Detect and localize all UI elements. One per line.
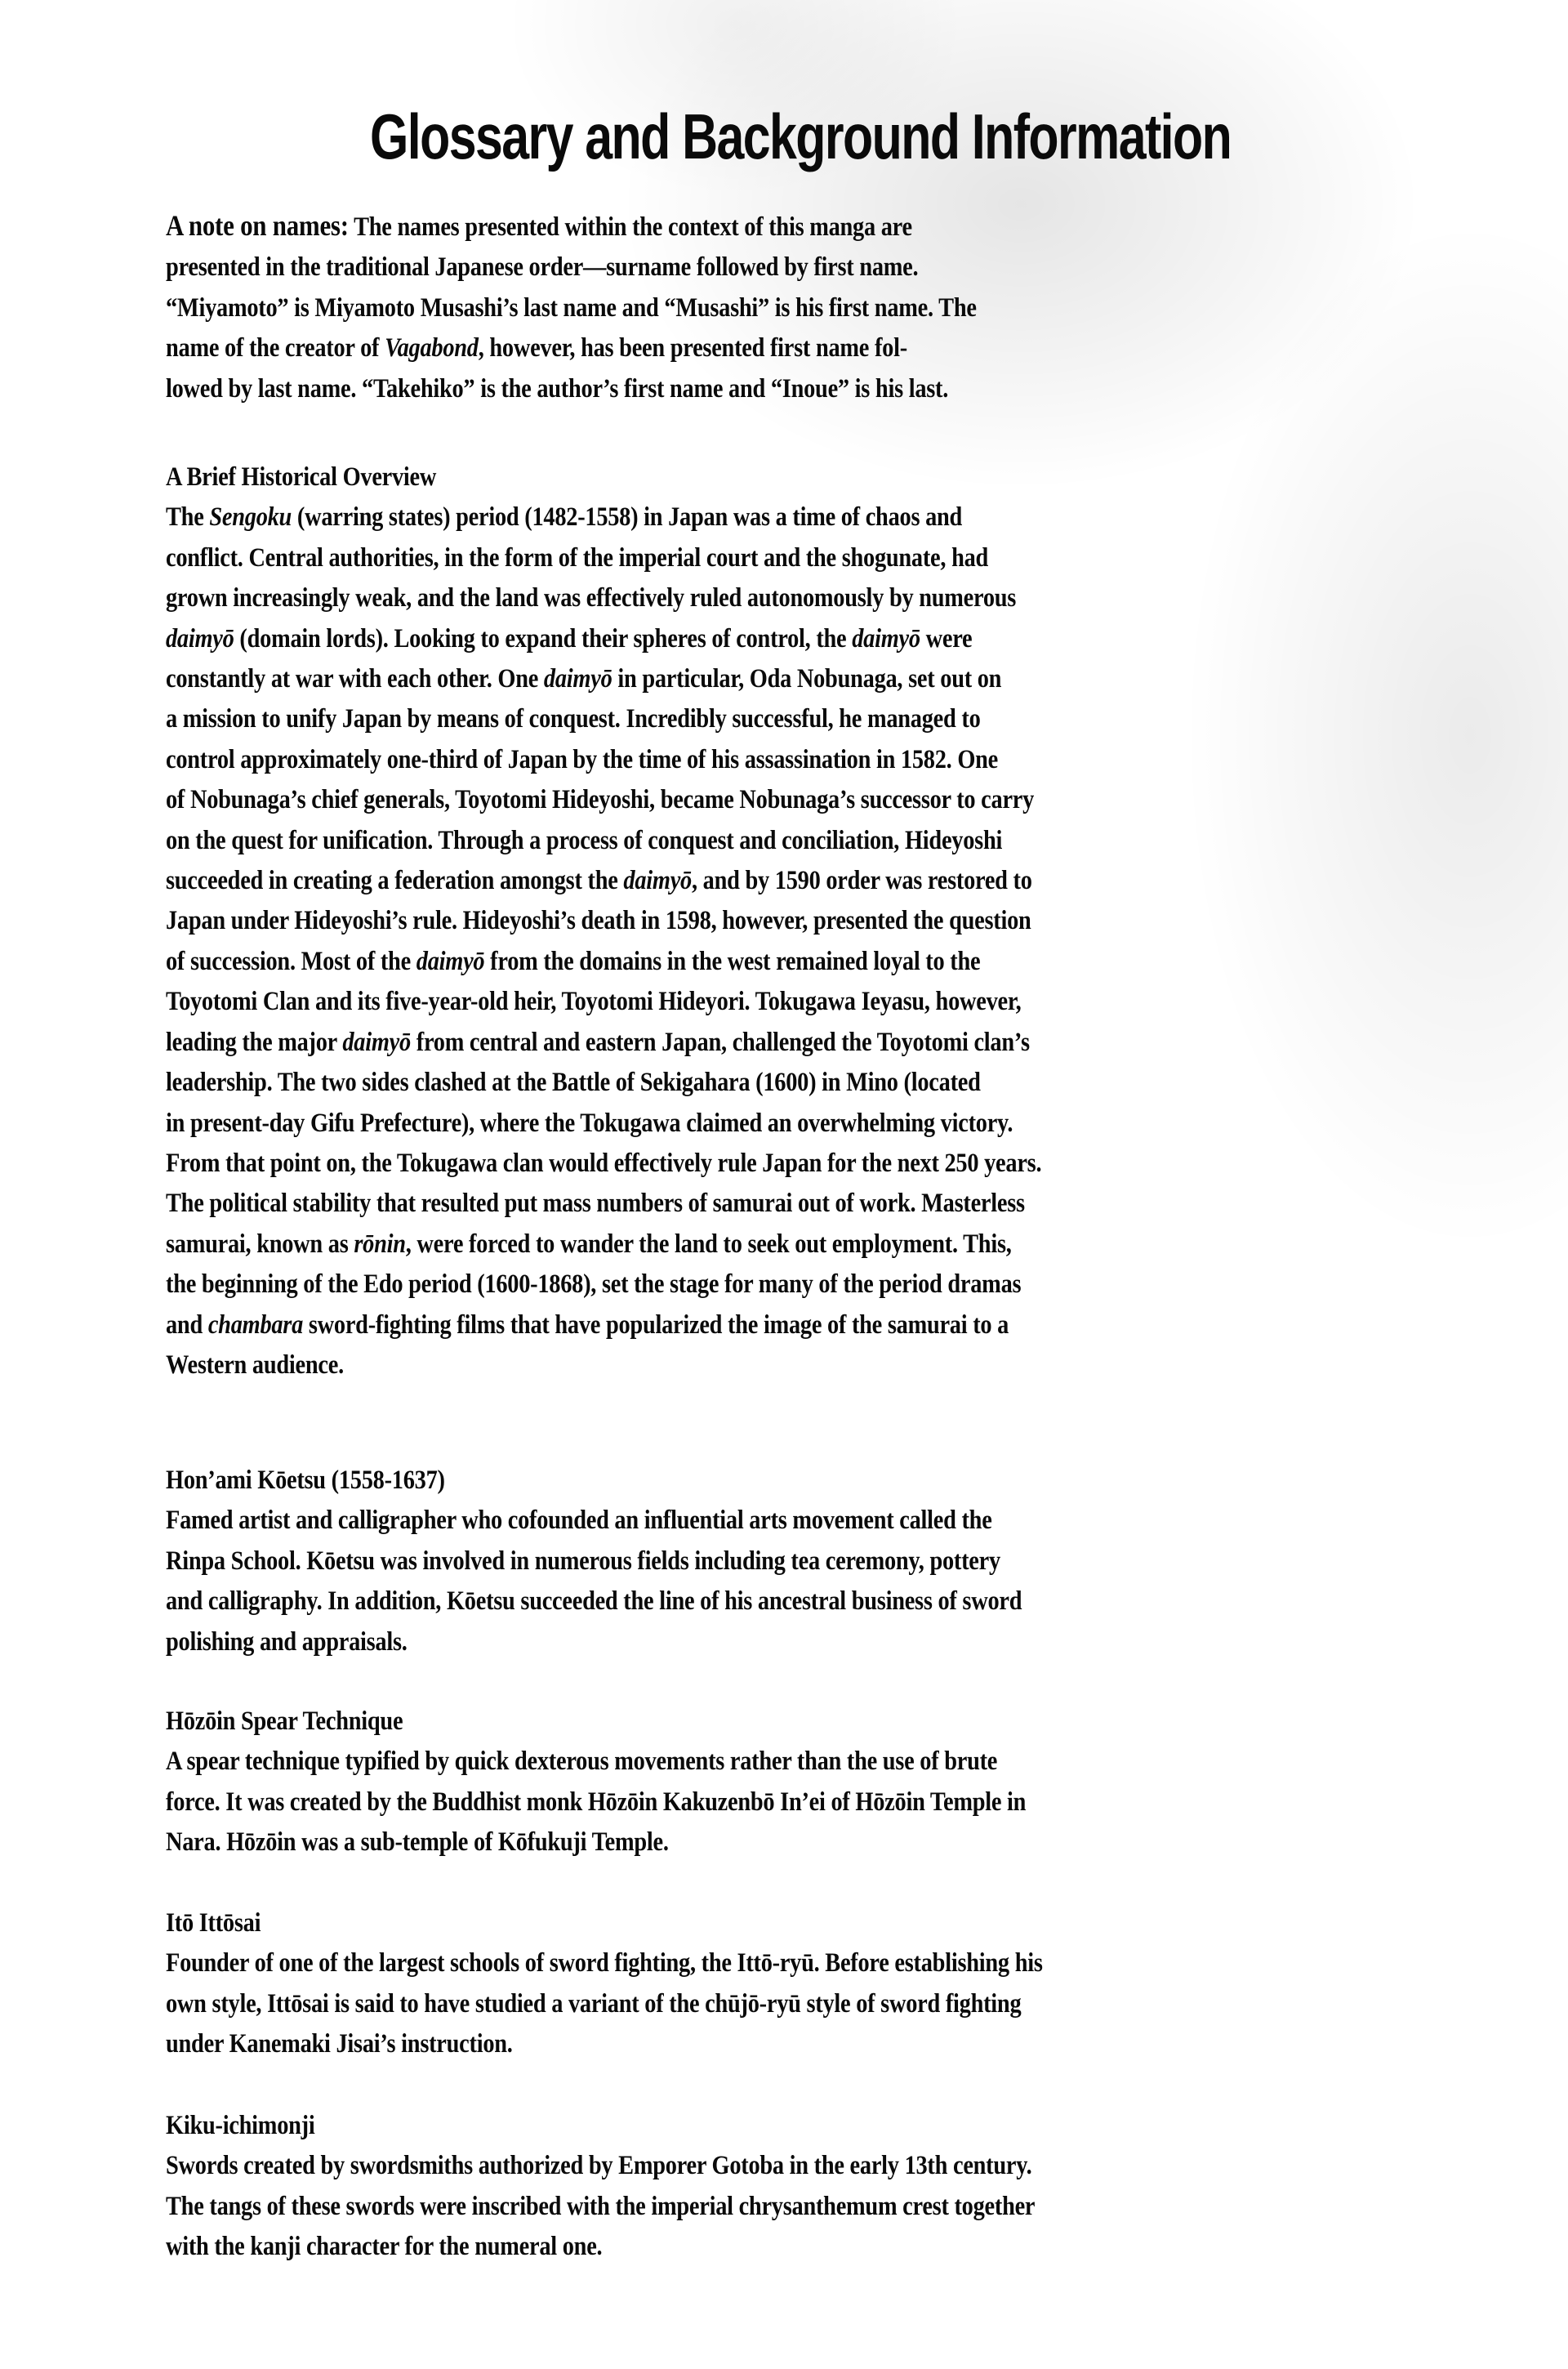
glossary-entry-hozoin: Hōzōin Spear Technique A spear technique…: [166, 1702, 1290, 1863]
page-title: Glossary and Background Information: [370, 105, 1071, 168]
overview-line: constantly at war with each other. One d…: [166, 659, 1290, 699]
overview-line: grown increasingly weak, and the land wa…: [166, 578, 1290, 618]
glossary-entry-koetsu: Hon’ami Kōetsu (1558-1637) Famed artist …: [166, 1461, 1290, 1662]
entry-line: Founder of one of the largest schools of…: [166, 1943, 1290, 1983]
note-line-1: A note on names: The names presented wit…: [166, 206, 1290, 248]
note-line-2: presented in the traditional Japanese or…: [166, 248, 1290, 288]
overview-line: Western audience.: [166, 1345, 1290, 1385]
note-label: A note on names:: [166, 209, 349, 242]
overview-line: samurai, known as rōnin, were forced to …: [166, 1225, 1290, 1265]
overview-line: of Nobunaga’s chief generals, Toyotomi H…: [166, 780, 1290, 820]
overview-line: leadership. The two sides clashed at the…: [166, 1063, 1290, 1103]
overview-line: daimyō (domain lords). Looking to expand…: [166, 619, 1290, 659]
overview-line: of succession. Most of the daimyō from t…: [166, 942, 1290, 982]
entry-line: The tangs of these swords were inscribed…: [166, 2187, 1290, 2227]
entry-heading: Hon’ami Kōetsu (1558-1637): [166, 1461, 1290, 1501]
entry-line: force. It was created by the Buddhist mo…: [166, 1782, 1290, 1822]
note-line-3: “Miyamoto” is Miyamoto Musashi’s last na…: [166, 288, 1290, 328]
overview-line: conflict. Central authorities, in the fo…: [166, 538, 1290, 578]
entry-line: Nara. Hōzōin was a sub-temple of Kōfukuj…: [166, 1822, 1290, 1863]
entry-line: Swords created by swordsmiths authorized…: [166, 2146, 1290, 2186]
entry-line: and calligraphy. In addition, Kōetsu suc…: [166, 1582, 1290, 1622]
overview-line: Japan under Hideyoshi’s rule. Hideyoshi’…: [166, 901, 1290, 941]
entry-line: polishing and appraisals.: [166, 1622, 1290, 1662]
entry-line: Rinpa School. Kōetsu was involved in num…: [166, 1541, 1290, 1582]
overview-line: The Sengoku (warring states) period (148…: [166, 497, 1290, 538]
entry-heading: Hōzōin Spear Technique: [166, 1702, 1290, 1742]
vagabond-title: Vagabond: [385, 333, 479, 363]
entry-line: A spear technique typified by quick dext…: [166, 1742, 1290, 1782]
overview-line: leading the major daimyō from central an…: [166, 1023, 1290, 1063]
overview-line: From that point on, the Tokugawa clan wo…: [166, 1144, 1290, 1184]
overview-line: Toyotomi Clan and its five-year-old heir…: [166, 982, 1290, 1022]
historical-overview: A Brief Historical Overview The Sengoku …: [166, 457, 1290, 1385]
glossary-entry-kiku-ichimonji: Kiku-ichimonji Swords created by swordsm…: [166, 2106, 1290, 2268]
entry-heading: Kiku-ichimonji: [166, 2106, 1290, 2146]
note-on-names: A note on names: The names presented wit…: [166, 206, 1290, 409]
overview-line: control approximately one-third of Japan…: [166, 740, 1290, 780]
glossary-entry-ittosai: Itō Ittōsai Founder of one of the larges…: [166, 1903, 1290, 2065]
entry-line: own style, Ittōsai is said to have studi…: [166, 1984, 1290, 2024]
overview-line: and chambara sword-fighting films that h…: [166, 1305, 1290, 1345]
overview-line: in present-day Gifu Prefecture), where t…: [166, 1104, 1290, 1144]
entry-line: Famed artist and calligrapher who cofoun…: [166, 1501, 1290, 1541]
entry-line: under Kanemaki Jisai’s instruction.: [166, 2024, 1290, 2064]
overview-line: The political stability that resulted pu…: [166, 1184, 1290, 1224]
overview-line: on the quest for unification. Through a …: [166, 821, 1290, 861]
overview-line: a mission to unify Japan by means of con…: [166, 699, 1290, 739]
entry-line: with the kanji character for the numeral…: [166, 2227, 1290, 2267]
overview-line: the beginning of the Edo period (1600-18…: [166, 1265, 1290, 1305]
overview-heading: A Brief Historical Overview: [166, 457, 1290, 497]
overview-line: succeeded in creating a federation among…: [166, 861, 1290, 901]
note-line-5: lowed by last name. “Takehiko” is the au…: [166, 369, 1290, 409]
note-line-4: name of the creator of Vagabond, however…: [166, 328, 1290, 368]
entry-heading: Itō Ittōsai: [166, 1903, 1290, 1943]
